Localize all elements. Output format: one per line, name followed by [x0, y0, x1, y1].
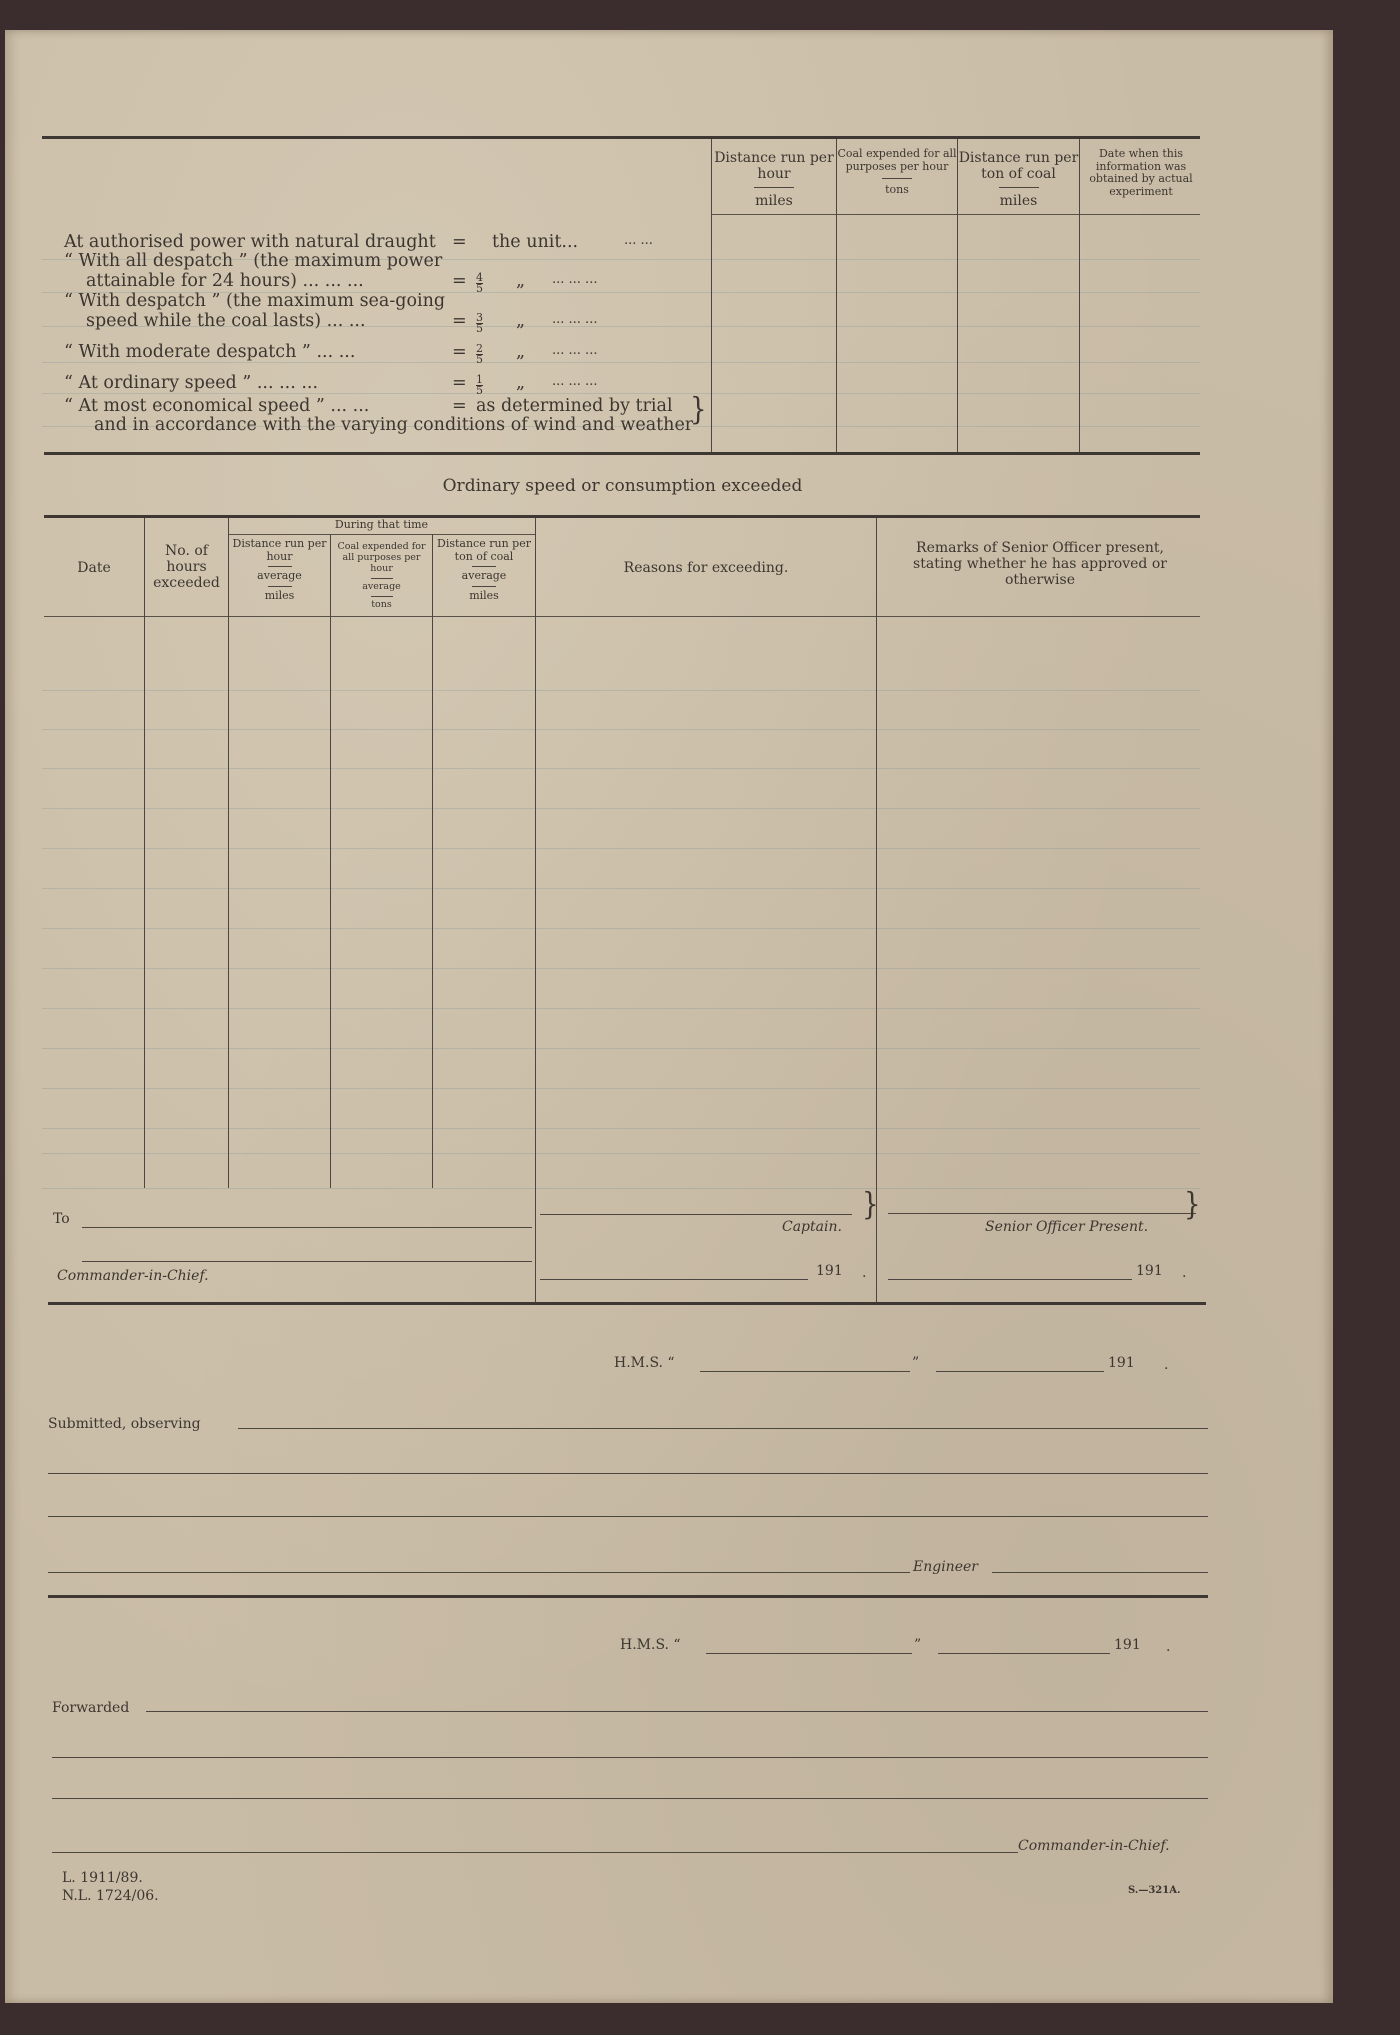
col-header-coal-per-hour: Coal expended for all purposes per hour … [837, 148, 957, 197]
dot-leaders: ... ... ... [552, 313, 597, 326]
fraction: 45 [476, 273, 483, 294]
date-cell[interactable] [44, 618, 144, 1188]
date-field[interactable] [938, 1653, 1110, 1654]
col-header-distance-per-hour: Distance run per hour miles [712, 150, 836, 209]
right-brace: } [690, 394, 707, 425]
engineer-signature-field[interactable] [48, 1572, 910, 1573]
remarks-cell[interactable] [877, 618, 1200, 1188]
group-rule [228, 534, 535, 535]
senior-officer-date-field[interactable] [888, 1279, 1132, 1280]
header-rule [44, 616, 1200, 617]
senior-officer-label: Senior Officer Present. [985, 1219, 1148, 1235]
forwarded-line-3[interactable] [52, 1798, 1208, 1799]
distance-per-hour-cell[interactable] [229, 618, 330, 1188]
commander-signature-field[interactable] [52, 1852, 1018, 1853]
fraction: 15 [476, 375, 483, 396]
right-brace: } [1184, 1189, 1201, 1220]
reference-nl: N.L. 1724/06. [62, 1888, 159, 1904]
commander-label: Commander-in-Chief. [1018, 1838, 1170, 1854]
hours-exceeded-cell[interactable] [145, 618, 228, 1188]
top-thick-rule [44, 515, 1200, 518]
col-header-date: Date [44, 560, 144, 576]
section-title: Ordinary speed or consumption exceeded [0, 476, 1245, 496]
row-label: “ With despatch ” (the maximum sea-going [64, 293, 445, 311]
equals-sign: = [452, 344, 467, 362]
forwarded-line-1[interactable] [146, 1711, 1208, 1712]
forwarded-line-2[interactable] [52, 1757, 1208, 1758]
submitted-label: Submitted, observing [48, 1416, 201, 1432]
ditto-mark: „ [516, 344, 525, 362]
top-thick-rule [42, 136, 1200, 139]
to-label: To [53, 1211, 70, 1227]
bottom-thick-rule [48, 1302, 1206, 1305]
distance-per-ton-cell[interactable] [433, 618, 535, 1188]
commander-label: Commander-in-Chief. [57, 1268, 209, 1284]
equals-sign: = [452, 398, 467, 416]
hms-label: H.M.S. “ [614, 1355, 675, 1371]
col-group-during-that-time: During that time [228, 519, 535, 532]
hms-label: H.M.S. “ [620, 1637, 681, 1653]
dot: . [862, 1265, 866, 1281]
row-label: “ At ordinary speed ” ... ... ... [64, 375, 318, 393]
engineer-label: Engineer [913, 1559, 978, 1575]
submitted-line-3[interactable] [48, 1516, 1208, 1517]
ship-name-field[interactable] [700, 1371, 910, 1372]
row-label: “ With all despatch ” (the maximum power [64, 253, 442, 271]
equals-sign: = [452, 273, 467, 291]
ditto-mark: „ [516, 313, 525, 331]
col-header-date-obtained: Date when this information was obtained … [1080, 148, 1202, 199]
dot: . [1164, 1357, 1168, 1373]
fraction: 25 [476, 344, 483, 365]
equals-sign: = [452, 375, 467, 393]
row-label: attainable for 24 hours) ... ... ... [86, 273, 364, 291]
equals-sign: = [452, 313, 467, 331]
col-header-coal-per-hour: Coal expended for all purposes per hour … [331, 542, 432, 611]
reference-l: L. 1911/89. [62, 1870, 143, 1886]
header-rule [711, 214, 1200, 215]
row-label: and in accordance with the varying condi… [94, 417, 693, 435]
captain-signature-field[interactable] [540, 1214, 852, 1215]
forwarded-label: Forwarded [52, 1700, 129, 1716]
dot: . [1166, 1639, 1170, 1655]
dot-leaders: ... ... ... [552, 273, 597, 286]
row-value: as determined by trial [476, 398, 673, 416]
row-label: “ With moderate despatch ” ... ... [64, 344, 355, 362]
senior-officer-signature-field[interactable] [888, 1213, 1196, 1214]
close-quote: ” [914, 1637, 921, 1653]
fraction: 35 [476, 313, 483, 334]
senior-officer-year: 191 [1136, 1263, 1163, 1279]
right-brace: } [862, 1189, 879, 1220]
ditto-mark: „ [516, 273, 525, 291]
commander-signature-field[interactable] [82, 1261, 532, 1262]
captain-year: 191 [816, 1263, 843, 1279]
thick-rule [48, 1595, 1208, 1598]
captain-date-field[interactable] [540, 1279, 808, 1280]
dot-leaders: ... ... ... [552, 344, 597, 357]
equals-sign: = [452, 234, 467, 252]
bottom-thick-rule [44, 452, 1200, 455]
engineer-extra-field[interactable] [992, 1572, 1208, 1573]
col-header-distance-per-ton: Distance run per ton of coal average mil… [433, 538, 535, 603]
year: 191 [1114, 1637, 1141, 1653]
close-quote: ” [912, 1355, 919, 1371]
form-number: S.—321A. [1128, 1885, 1180, 1896]
col-header-remarks: Remarks of Senior Officer present, stati… [900, 540, 1180, 588]
date-field[interactable] [936, 1371, 1104, 1372]
col-header-distance-per-ton: Distance run per ton of coal miles [958, 150, 1079, 209]
submitted-line-2[interactable] [48, 1473, 1208, 1474]
col-header-hours-exceeded: No. of hours exceeded [145, 543, 228, 591]
dot-leaders: ... ... [624, 234, 653, 247]
ship-name-field[interactable] [706, 1653, 912, 1654]
dot: . [1182, 1265, 1186, 1281]
row-label: “ At most economical speed ” ... ... [64, 398, 369, 416]
captain-label: Captain. [782, 1219, 842, 1235]
year: 191 [1108, 1355, 1135, 1371]
coal-per-hour-cell[interactable] [331, 618, 432, 1188]
col-header-reasons: Reasons for exceeding. [536, 560, 876, 576]
submitted-line-1[interactable] [238, 1428, 1208, 1429]
row-value: the unit... [492, 234, 578, 252]
col-header-distance-per-hour: Distance run per hour average miles [229, 538, 330, 603]
ditto-mark: „ [516, 375, 525, 393]
to-field[interactable] [82, 1227, 532, 1228]
dot-leaders: ... ... ... [552, 375, 597, 388]
row-label: speed while the coal lasts) ... ... [86, 313, 366, 331]
row-label: At authorised power with natural draught [64, 234, 436, 252]
reasons-cell[interactable] [536, 618, 876, 1188]
